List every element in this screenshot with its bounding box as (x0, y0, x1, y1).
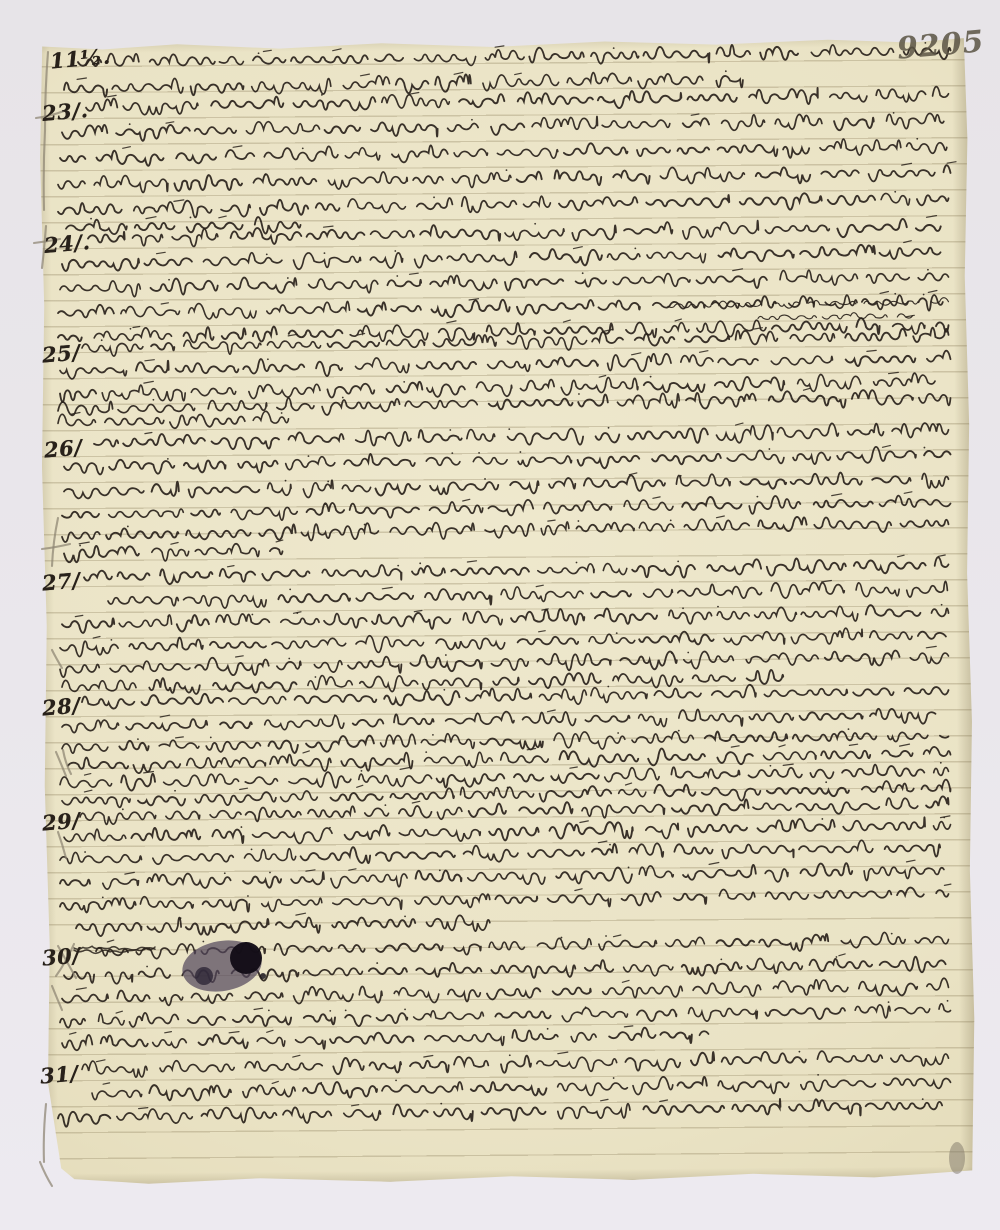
scanned-manuscript-page: 9205 11½.23/.24/.25/26/27/28/29/30/31/ (0, 0, 1000, 1230)
pencil-margin-mark (40, 1162, 52, 1186)
entry-date-marker: 11½. (49, 43, 111, 73)
entry-date-marker: 28/ (41, 692, 81, 720)
pencil-margin-mark (44, 1104, 46, 1162)
archive-page-number: 9205 (896, 24, 986, 66)
diary-paper-sheet (38, 36, 977, 1185)
entry-date-marker: 31/ (39, 1060, 79, 1088)
entry-date-marker: 29/ (41, 807, 81, 835)
entry-date-marker: 23/. (41, 97, 89, 126)
entry-date-marker: 25/ (41, 339, 81, 367)
entry-date-marker: 27/ (41, 567, 81, 595)
entry-date-marker: 26/ (43, 434, 83, 462)
entry-date-marker: 30/ (41, 942, 81, 970)
entry-date-marker: 24/. (43, 229, 91, 258)
